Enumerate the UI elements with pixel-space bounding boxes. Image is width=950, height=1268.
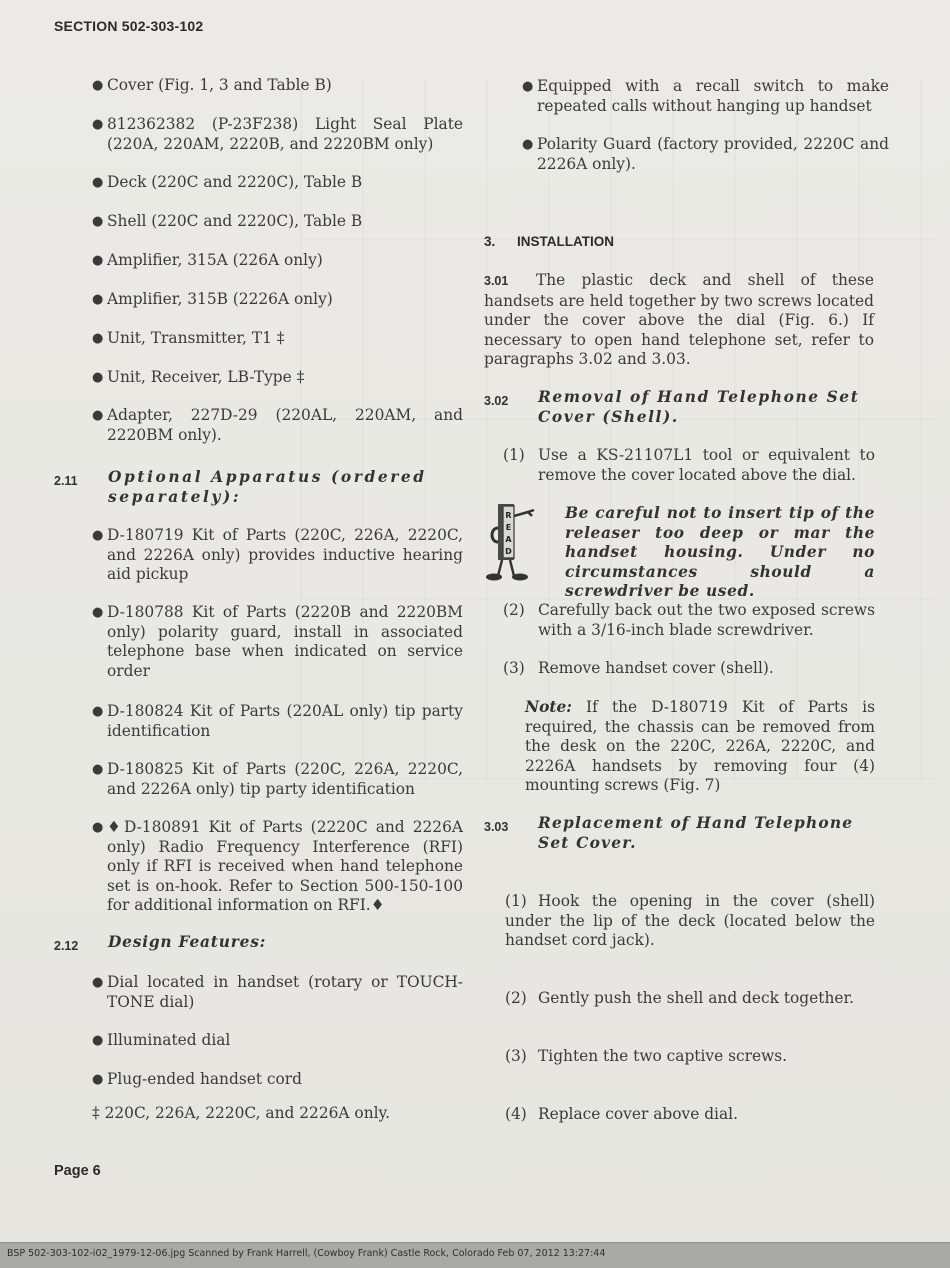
- list-item: ●812362382 (P-23F238) Light Seal Plate (…: [92, 115, 463, 154]
- section-number-2-12: 2.12: [54, 935, 78, 954]
- paragraph-title-removal: Removal of Hand Telephone Set Cover (She…: [538, 388, 876, 427]
- bullet-icon: ●: [522, 135, 533, 155]
- section-header: SECTION 502-303-102: [54, 18, 203, 34]
- svg-text:R: R: [505, 511, 511, 520]
- list-item: ●D-180824 Kit of Parts (220AL only) tip …: [92, 702, 463, 741]
- scan-info-text: BSP 502-303-102-i02_1979-12-06.jpg Scann…: [7, 1248, 605, 1259]
- bullet-icon: ●: [92, 760, 103, 780]
- svg-text:A: A: [505, 535, 512, 544]
- section-title-design-features: Design Features:: [108, 933, 446, 953]
- section-number-2-11: 2.11: [54, 470, 78, 489]
- step-item: (2)Gently push the shell and deck togeth…: [505, 989, 875, 1009]
- list-item: ●Shell (220C and 2220C), Table B: [92, 212, 463, 232]
- document-page: SECTION 502-303-102 ●Cover (Fig. 1, 3 an…: [0, 0, 950, 1242]
- paragraph-number-3-02: 3.02: [484, 390, 508, 409]
- list-item: ●Unit, Receiver, LB-Type ‡: [92, 368, 463, 388]
- list-item: ●Cover (Fig. 1, 3 and Table B): [92, 76, 463, 96]
- section-heading-installation: 3. INSTALLATION: [484, 234, 614, 249]
- bullet-icon: ●: [92, 290, 103, 310]
- read-caution-icon: R E A D: [484, 498, 542, 582]
- list-item: ●Unit, Transmitter, T1 ‡: [92, 329, 463, 349]
- paragraph-number-3-03: 3.03: [484, 816, 508, 835]
- paragraph-title-replacement: Replacement of Hand Telephone Set Cover.: [538, 814, 876, 853]
- bullet-icon: ●: [92, 76, 103, 96]
- bullet-icon: ●: [92, 818, 103, 838]
- step-item: (2)Carefully back out the two exposed sc…: [503, 601, 875, 640]
- bullet-icon: ●: [92, 526, 103, 546]
- bullet-icon: ●: [522, 77, 533, 97]
- list-item: ●♦D-180891 Kit of Parts (2220C and 2226A…: [92, 818, 463, 916]
- bullet-icon: ●: [92, 368, 103, 388]
- note-paragraph: Note: If the D-180719 Kit of Parts is re…: [525, 698, 875, 796]
- bullet-icon: ●: [92, 329, 103, 349]
- list-item: ●Polarity Guard (factory provided, 2220C…: [522, 135, 889, 174]
- list-item: ●D-180825 Kit of Parts (220C, 226A, 2220…: [92, 760, 463, 799]
- bullet-icon: ●: [92, 115, 103, 135]
- bullet-icon: ●: [92, 1070, 103, 1090]
- list-item: ●Equipped with a recall switch to make r…: [522, 77, 889, 116]
- paragraph-3-01: 3.01The plastic deck and shell of these …: [484, 271, 874, 370]
- list-item: ●Illuminated dial: [92, 1031, 463, 1051]
- footnote: ‡ 220C, 226A, 2220C, and 2226A only.: [92, 1104, 448, 1124]
- step-item: (3)Tighten the two captive screws.: [505, 1047, 875, 1067]
- bullet-icon: ●: [92, 1031, 103, 1051]
- scan-info-bar: BSP 502-303-102-i02_1979-12-06.jpg Scann…: [0, 1242, 950, 1268]
- list-item: ●D-180788 Kit of Parts (2220B and 2220BM…: [92, 603, 463, 681]
- bullet-icon: ●: [92, 603, 103, 623]
- step-item: (3)Remove handset cover (shell).: [503, 659, 875, 679]
- svg-text:D: D: [505, 547, 512, 556]
- bullet-icon: ●: [92, 406, 103, 426]
- bullet-icon: ●: [92, 173, 103, 193]
- bullet-icon: ●: [92, 212, 103, 232]
- caution-text: Be careful not to insert tip of the rele…: [565, 504, 875, 602]
- bullet-icon: ●: [92, 973, 103, 993]
- section-title-optional-apparatus: Optional Apparatus (ordered separately):: [108, 468, 446, 507]
- step-item: (1)Use a KS-21107L1 tool or equivalent t…: [503, 446, 875, 485]
- page-number: Page 6: [54, 1163, 101, 1179]
- list-item: ●Amplifier, 315A (226A only): [92, 251, 463, 271]
- bullet-icon: ●: [92, 251, 103, 271]
- note-label: Note:: [525, 698, 572, 716]
- list-item: ●Plug-ended handset cord: [92, 1070, 463, 1090]
- list-item: ●Adapter, 227D-29 (220AL, 220AM, and 222…: [92, 406, 463, 445]
- bullet-icon: ●: [92, 702, 103, 722]
- list-item: ●Deck (220C and 2220C), Table B: [92, 173, 463, 193]
- list-item: ●D-180719 Kit of Parts (220C, 226A, 2220…: [92, 526, 463, 585]
- step-item: (4)Replace cover above dial.: [505, 1105, 875, 1125]
- list-item: ●Amplifier, 315B (2226A only): [92, 290, 463, 310]
- list-item: ●Dial located in handset (rotary or TOUC…: [92, 973, 463, 1012]
- svg-text:E: E: [506, 523, 511, 532]
- step-item: (1)Hook the opening in the cover (shell)…: [505, 892, 875, 951]
